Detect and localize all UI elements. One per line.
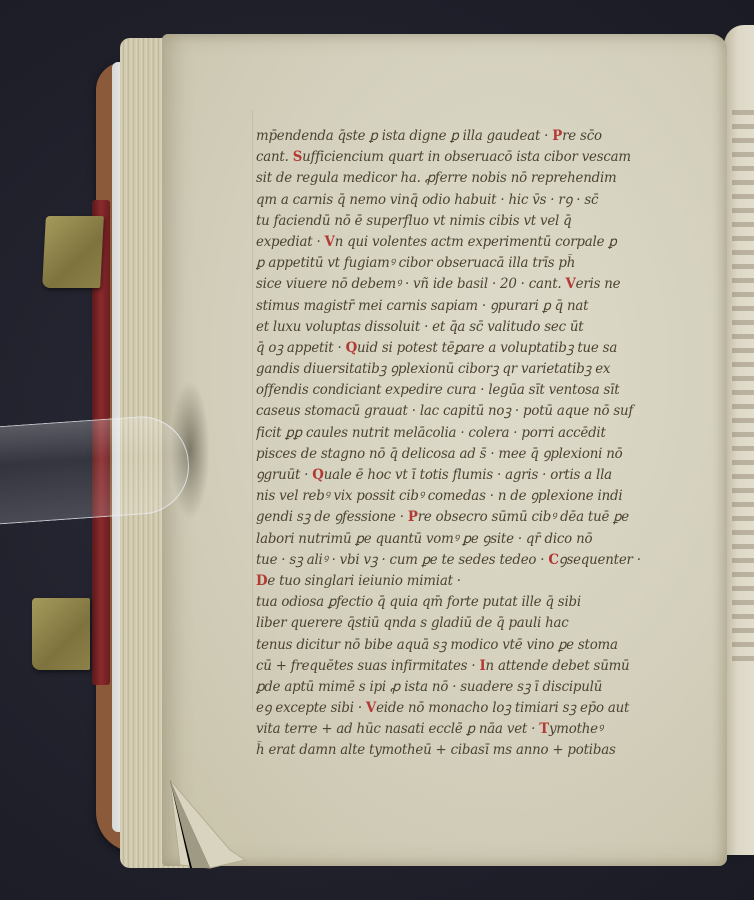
text-segment: nis vel rebꝰ vix possit cibꝰ comedas · n… [256,488,622,504]
text-line: sit de regula medicor ha. ꝓferre nobis n… [256,168,691,189]
text-segment: n attende debet sūmū [486,658,630,674]
text-segment: gendi sꝫ de ꝯfessione · [256,509,408,525]
text-line: caseus stomacū grauat · lac capitū noꝫ ·… [256,401,691,422]
text-line: pisces de stagno nō q̄ delicosa ad s̄ · … [256,444,691,465]
text-segment: eris ne [576,276,621,292]
text-segment: sice viuere nō debemꝰ · vñ ide basil · 2… [256,276,565,292]
text-line: tua odiosa ꝑfectio q̄ quia qm̄ forte put… [256,592,691,613]
text-segment: ficit ꝑꝑ caules nutrit melācolia · coler… [256,425,606,441]
text-line: ficit ꝑꝑ caules nutrit melācolia · coler… [256,423,691,444]
text-segment: h̄ erat damn alte tymotheū + cibasī ms a… [256,742,616,758]
text-segment: tu faciendū nō ē superfluo vt nimis cibi… [256,213,572,229]
text-line: qm a carnis q̄ nemo vinq̄ odio habuit · … [256,190,691,211]
text-line: offendis condiciant expedire cura · legū… [256,380,691,401]
text-segment: n qui volentes actm experimentū corpale … [335,234,617,250]
text-segment: uale ē hoc vt ī totis flumis · agris · o… [324,467,612,483]
rubricated-initial: Q [346,340,357,356]
rubricated-initial: Q [312,467,323,483]
text-segment: vita terre + ad hūc nasati ecclē ꝑ nāa v… [256,721,539,737]
text-line: gendi sꝫ de ꝯfessione · Pre obsecro sūmū… [256,507,691,528]
text-line: ꝑde aptū mimē s ipi ꝓ ista nō · suadere … [256,677,691,698]
text-line: nis vel rebꝰ vix possit cibꝰ comedas · n… [256,486,691,507]
text-segment: eide nō monacho loꝫ timiari sꝫ ep̄o aut [376,700,629,716]
text-segment: ufficiencium quart in obseruacō ista cib… [302,149,631,165]
text-segment: liber querere q̄stiū qnda s gladiū de q̄… [256,615,569,631]
text-segment: tue · sꝫ aliꝰ · vbi vꝫ · cum ꝑe te sedes… [256,552,548,568]
text-line: gandis diuersitatibꝫ ꝯplexionū ciborꝫ qr… [256,359,691,380]
text-line: labori nutrimū ꝑe quantū vomꝰ ꝑe ꝯsite ·… [256,529,691,550]
text-segment: cant. [256,149,293,165]
manuscript-text: mp̄endenda q̄ste ꝑ ista digne ꝑ illa gau… [256,126,696,762]
text-line: et luxu voluptas dissoluit · et q̄a sc̄ … [256,317,691,338]
clasp-bottom [32,598,90,670]
rubricated-initial: P [408,509,418,525]
text-line: ꝑ appetitū vt fugiamꝰ cibor obseruacā il… [256,253,691,274]
text-segment: stimus magistr̄ mei carnis sapiam · ꝯpur… [256,298,588,314]
text-segment: ꝯgruūt · [256,467,312,483]
text-segment: caseus stomacū grauat · lac capitū noꝫ ·… [256,403,633,419]
text-line: vita terre + ad hūc nasati ecclē ꝑ nāa v… [256,719,691,740]
text-line: h̄ erat damn alte tymotheū + cibasī ms a… [256,740,691,761]
text-segment: q̄ oꝫ appetit · [256,340,346,356]
rubricated-initial: C [548,552,558,568]
text-segment: labori nutrimū ꝑe quantū vomꝰ ꝑe ꝯsite ·… [256,531,592,547]
text-segment: et luxu voluptas dissoluit · et q̄a sc̄ … [256,319,583,335]
text-segment: uid si potest tēꝑare a voluptatibꝫ tue s… [357,340,617,356]
text-line: sice viuere nō debemꝰ · vñ ide basil · 2… [256,274,691,295]
text-line: q̄ oꝫ appetit · Quid si potest tēꝑare a … [256,338,691,359]
rubricated-initial: V [565,276,575,292]
text-line: eꝯ excepte sibi · Veide nō monacho loꝫ t… [256,698,691,719]
text-segment: re sc̄o [562,128,602,144]
clasp-top [42,216,104,288]
text-line: expediat · Vn qui volentes actm experime… [256,232,691,253]
text-segment: ymotheꝰ [549,721,603,737]
text-segment: eꝯ excepte sibi · [256,700,366,716]
text-segment: sit de regula medicor ha. ꝓferre nobis n… [256,170,616,186]
text-segment: expediat · [256,234,325,250]
text-line: cant. Sufficiencium quart in obseruacō i… [256,147,691,168]
facing-page-text [732,110,754,670]
text-line: mp̄endenda q̄ste ꝑ ista digne ꝑ illa gau… [256,126,691,147]
text-line: tenus dicitur nō bibe aquā sꝫ modico vtē… [256,635,691,656]
text-segment: tua odiosa ꝑfectio q̄ quia qm̄ forte put… [256,594,581,610]
text-line: stimus magistr̄ mei carnis sapiam · ꝯpur… [256,296,691,317]
text-segment: offendis condiciant expedire cura · legū… [256,382,619,398]
rubricated-initial: P [552,128,562,144]
text-segment: cū + frequētes suas infirmitates · [256,658,479,674]
margin-rule [252,110,253,710]
text-segment: mp̄endenda q̄ste ꝑ ista digne ꝑ illa gau… [256,128,552,144]
text-segment: re obsecro sūmū cibꝰ dēa tuē ꝑe [418,509,629,525]
text-line: tue · sꝫ aliꝰ · vbi vꝫ · cum ꝑe te sedes… [256,550,691,571]
rubricated-initial: V [325,234,335,250]
text-segment: gandis diuersitatibꝫ ꝯplexionū ciborꝫ qr… [256,361,610,377]
text-line: cū + frequētes suas infirmitates · In at… [256,656,691,677]
text-segment: ꝯsequenter · [559,552,641,568]
rubricated-initial: V [366,700,376,716]
text-line: De tuo singlari ieiunio mimiat · [256,571,691,592]
text-segment: ꝑde aptū mimē s ipi ꝓ ista nō · suadere … [256,679,602,695]
rubricated-initial: D [256,573,267,589]
text-line: ꝯgruūt · Quale ē hoc vt ī totis flumis ·… [256,465,691,486]
folded-corner [170,780,260,870]
text-line: tu faciendū nō ē superfluo vt nimis cibi… [256,211,691,232]
text-segment: qm a carnis q̄ nemo vinq̄ odio habuit · … [256,192,598,208]
acrylic-page-weight [0,413,192,525]
text-segment: tenus dicitur nō bibe aquā sꝫ modico vtē… [256,637,618,653]
text-segment: ꝑ appetitū vt fugiamꝰ cibor obseruacā il… [256,255,575,271]
rubricated-initial: T [539,721,549,737]
text-line: liber querere q̄stiū qnda s gladiū de q̄… [256,613,691,634]
text-segment: e tuo singlari ieiunio mimiat · [267,573,460,589]
text-segment: pisces de stagno nō q̄ delicosa ad s̄ · … [256,446,622,462]
rubricated-initial: S [293,149,302,165]
